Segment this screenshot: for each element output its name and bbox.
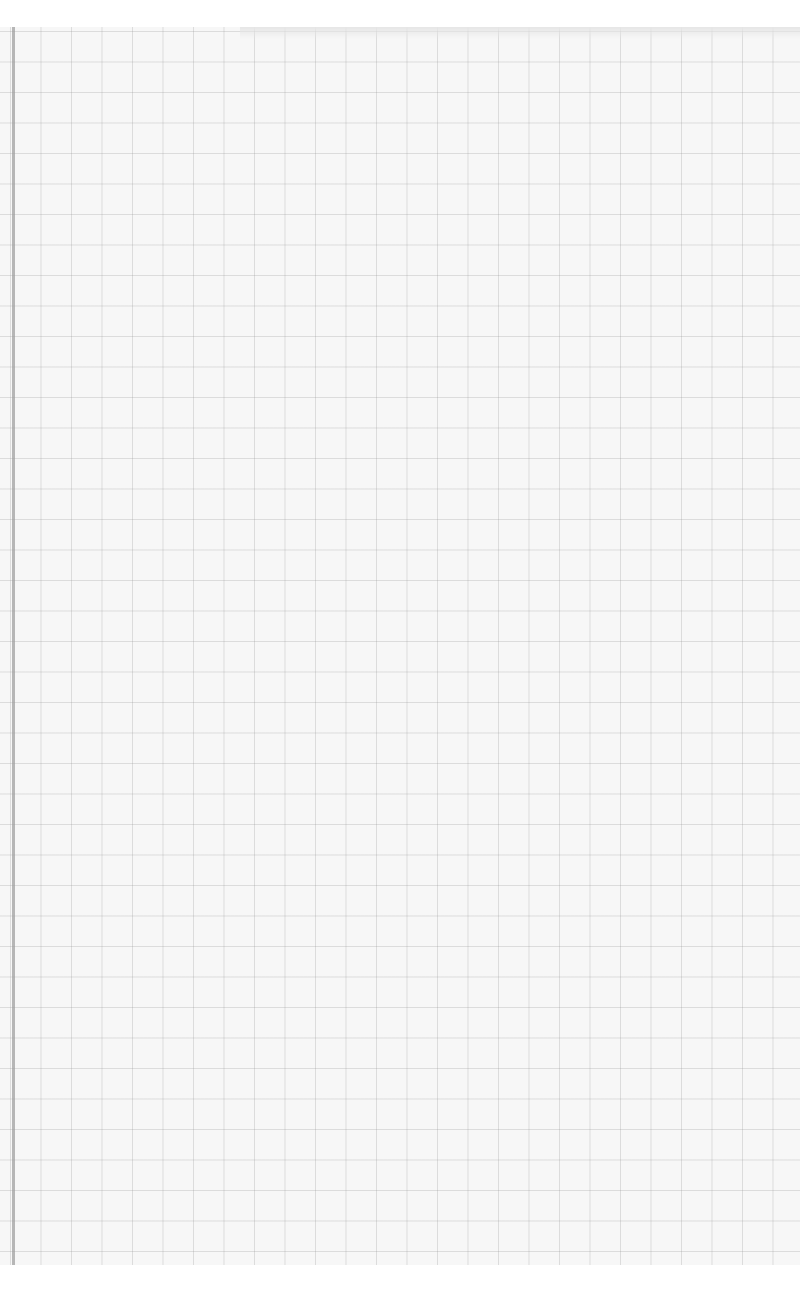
notebook-page	[0, 27, 800, 1265]
parabola-graph	[0, 27, 800, 447]
site-header-title	[0, 0, 800, 28]
site-footer-title	[0, 1265, 800, 1295]
